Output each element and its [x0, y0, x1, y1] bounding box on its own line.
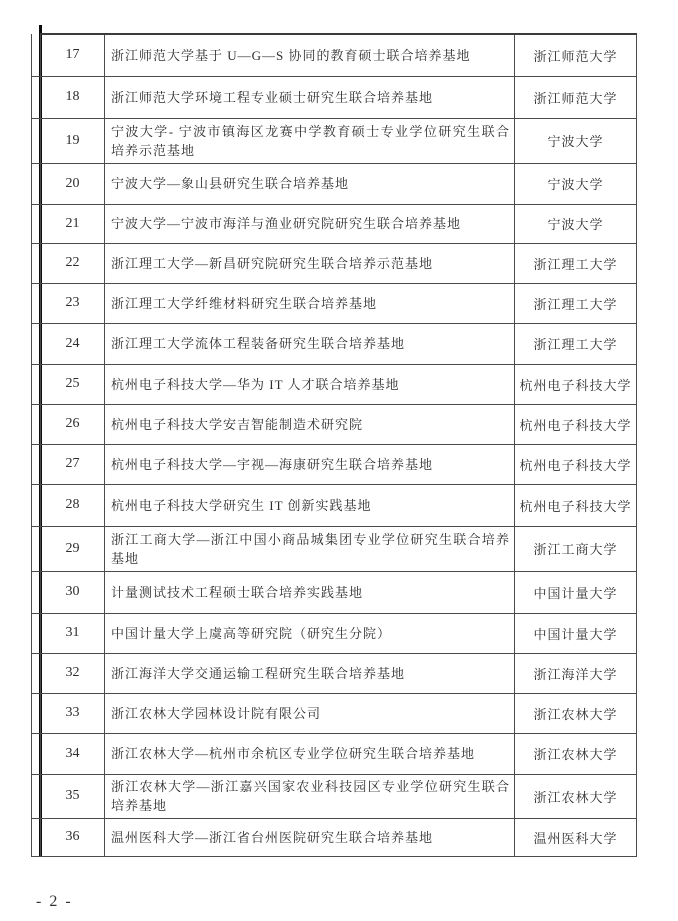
table-row: 27杭州电子科技大学—宇视—海康研究生联合培养基地杭州电子科技大学 — [32, 444, 637, 484]
border-stub — [32, 571, 41, 613]
page-number: - 2 - — [36, 893, 73, 911]
university-cell: 杭州电子科技大学 — [515, 484, 637, 526]
border-stub — [32, 364, 41, 404]
table-row: 20宁波大学—象山县研究生联合培养基地宁波大学 — [32, 163, 637, 204]
table-row: 32浙江海洋大学交通运输工程研究生联合培养基地浙江海洋大学 — [32, 653, 637, 693]
border-stub — [32, 613, 41, 653]
border-stub — [32, 404, 41, 444]
table-row: 26杭州电子科技大学安吉智能制造术研究院杭州电子科技大学 — [32, 404, 637, 444]
row-number-cell: 19 — [41, 118, 105, 163]
border-stub — [32, 323, 41, 364]
university-cell: 浙江海洋大学 — [515, 653, 637, 693]
border-stub — [32, 818, 41, 856]
university-cell: 浙江师范大学 — [515, 34, 637, 76]
row-number-cell: 22 — [41, 243, 105, 283]
university-cell: 中国计量大学 — [515, 571, 637, 613]
row-number-cell: 36 — [41, 818, 105, 856]
row-number-cell: 32 — [41, 653, 105, 693]
row-number-cell: 30 — [41, 571, 105, 613]
university-cell: 浙江理工大学 — [515, 323, 637, 364]
university-cell: 浙江理工大学 — [515, 243, 637, 283]
row-number-cell: 27 — [41, 444, 105, 484]
row-number-cell: 31 — [41, 613, 105, 653]
training-base-table: 17浙江师范大学基于 U—G—S 协同的教育硕士联合培养基地浙江师范大学 18浙… — [31, 33, 637, 857]
border-stub — [32, 76, 41, 118]
base-name-cell: 中国计量大学上虞高等研究院（研究生分院） — [105, 613, 515, 653]
row-number-cell: 23 — [41, 283, 105, 323]
table-row: 33浙江农林大学园林设计院有限公司浙江农林大学 — [32, 693, 637, 733]
base-name-cell: 计量测试技术工程硕士联合培养实践基地 — [105, 571, 515, 613]
table-row: 31中国计量大学上虞高等研究院（研究生分院）中国计量大学 — [32, 613, 637, 653]
university-cell: 浙江农林大学 — [515, 733, 637, 774]
university-cell: 温州医科大学 — [515, 818, 637, 856]
border-stub — [32, 526, 41, 571]
university-cell: 浙江农林大学 — [515, 693, 637, 733]
base-name-cell: 浙江农林大学—浙江嘉兴国家农业科技园区专业学位研究生联合培养基地 — [105, 774, 515, 818]
base-name-cell: 浙江工商大学—浙江中国小商品城集团专业学位研究生联合培养基地 — [105, 526, 515, 571]
table-row: 36温州医科大学—浙江省台州医院研究生联合培养基地温州医科大学 — [32, 818, 637, 856]
base-name-cell: 宁波大学—宁波市海洋与渔业研究院研究生联合培养基地 — [105, 204, 515, 243]
border-stub — [32, 774, 41, 818]
table-row: 34浙江农林大学—杭州市余杭区专业学位研究生联合培养基地浙江农林大学 — [32, 733, 637, 774]
row-number-cell: 20 — [41, 163, 105, 204]
border-stub — [32, 283, 41, 323]
base-name-cell: 浙江师范大学环境工程专业硕士研究生联合培养基地 — [105, 76, 515, 118]
border-stub — [32, 118, 41, 163]
table-row: 28杭州电子科技大学研究生 IT 创新实践基地杭州电子科技大学 — [32, 484, 637, 526]
base-name-cell: 宁波大学—象山县研究生联合培养基地 — [105, 163, 515, 204]
base-name-cell: 浙江理工大学流体工程装备研究生联合培养基地 — [105, 323, 515, 364]
table-row: 35浙江农林大学—浙江嘉兴国家农业科技园区专业学位研究生联合培养基地浙江农林大学 — [32, 774, 637, 818]
university-cell: 浙江理工大学 — [515, 283, 637, 323]
border-stub — [32, 34, 41, 76]
border-stub — [32, 243, 41, 283]
table-row: 18浙江师范大学环境工程专业硕士研究生联合培养基地浙江师范大学 — [32, 76, 637, 118]
table-row: 23浙江理工大学纤维材料研究生联合培养基地浙江理工大学 — [32, 283, 637, 323]
border-stub — [32, 733, 41, 774]
row-number-cell: 33 — [41, 693, 105, 733]
row-number-cell: 17 — [41, 34, 105, 76]
base-name-cell: 浙江理工大学纤维材料研究生联合培养基地 — [105, 283, 515, 323]
base-name-cell: 杭州电子科技大学—华为 IT 人才联合培养基地 — [105, 364, 515, 404]
table-row: 22浙江理工大学—新昌研究院研究生联合培养示范基地浙江理工大学 — [32, 243, 637, 283]
row-number-cell: 25 — [41, 364, 105, 404]
base-name-cell: 浙江农林大学园林设计院有限公司 — [105, 693, 515, 733]
table-row: 24浙江理工大学流体工程装备研究生联合培养基地浙江理工大学 — [32, 323, 637, 364]
base-name-cell: 杭州电子科技大学安吉智能制造术研究院 — [105, 404, 515, 444]
table-row: 29浙江工商大学—浙江中国小商品城集团专业学位研究生联合培养基地浙江工商大学 — [32, 526, 637, 571]
row-number-cell: 29 — [41, 526, 105, 571]
base-name-cell: 浙江师范大学基于 U—G—S 协同的教育硕士联合培养基地 — [105, 34, 515, 76]
base-name-cell: 浙江农林大学—杭州市余杭区专业学位研究生联合培养基地 — [105, 733, 515, 774]
table-row: 25杭州电子科技大学—华为 IT 人才联合培养基地杭州电子科技大学 — [32, 364, 637, 404]
table-row: 21宁波大学—宁波市海洋与渔业研究院研究生联合培养基地宁波大学 — [32, 204, 637, 243]
border-stub — [32, 653, 41, 693]
base-name-cell: 杭州电子科技大学—宇视—海康研究生联合培养基地 — [105, 444, 515, 484]
base-name-cell: 杭州电子科技大学研究生 IT 创新实践基地 — [105, 484, 515, 526]
row-number-cell: 21 — [41, 204, 105, 243]
row-number-cell: 34 — [41, 733, 105, 774]
row-number-cell: 28 — [41, 484, 105, 526]
base-name-cell: 浙江理工大学—新昌研究院研究生联合培养示范基地 — [105, 243, 515, 283]
university-cell: 宁波大学 — [515, 118, 637, 163]
university-cell: 杭州电子科技大学 — [515, 404, 637, 444]
document-page: 17浙江师范大学基于 U—G—S 协同的教育硕士联合培养基地浙江师范大学 18浙… — [0, 0, 678, 921]
border-stub — [32, 163, 41, 204]
base-name-cell: 温州医科大学—浙江省台州医院研究生联合培养基地 — [105, 818, 515, 856]
base-name-cell: 宁波大学- 宁波市镇海区龙赛中学教育硕士专业学位研究生联合培养示范基地 — [105, 118, 515, 163]
row-number-cell: 18 — [41, 76, 105, 118]
table-row: 19宁波大学- 宁波市镇海区龙赛中学教育硕士专业学位研究生联合培养示范基地宁波大… — [32, 118, 637, 163]
border-stub — [32, 484, 41, 526]
table-row: 30计量测试技术工程硕士联合培养实践基地中国计量大学 — [32, 571, 637, 613]
border-stub — [32, 204, 41, 243]
university-cell: 浙江农林大学 — [515, 774, 637, 818]
university-cell: 宁波大学 — [515, 204, 637, 243]
row-number-cell: 35 — [41, 774, 105, 818]
university-cell: 中国计量大学 — [515, 613, 637, 653]
row-number-cell: 24 — [41, 323, 105, 364]
table-row: 17浙江师范大学基于 U—G—S 协同的教育硕士联合培养基地浙江师范大学 — [32, 34, 637, 76]
university-cell: 宁波大学 — [515, 163, 637, 204]
university-cell: 杭州电子科技大学 — [515, 444, 637, 484]
border-stub — [32, 444, 41, 484]
university-cell: 浙江师范大学 — [515, 76, 637, 118]
base-name-cell: 浙江海洋大学交通运输工程研究生联合培养基地 — [105, 653, 515, 693]
university-cell: 杭州电子科技大学 — [515, 364, 637, 404]
border-stub — [32, 693, 41, 733]
university-cell: 浙江工商大学 — [515, 526, 637, 571]
row-number-cell: 26 — [41, 404, 105, 444]
